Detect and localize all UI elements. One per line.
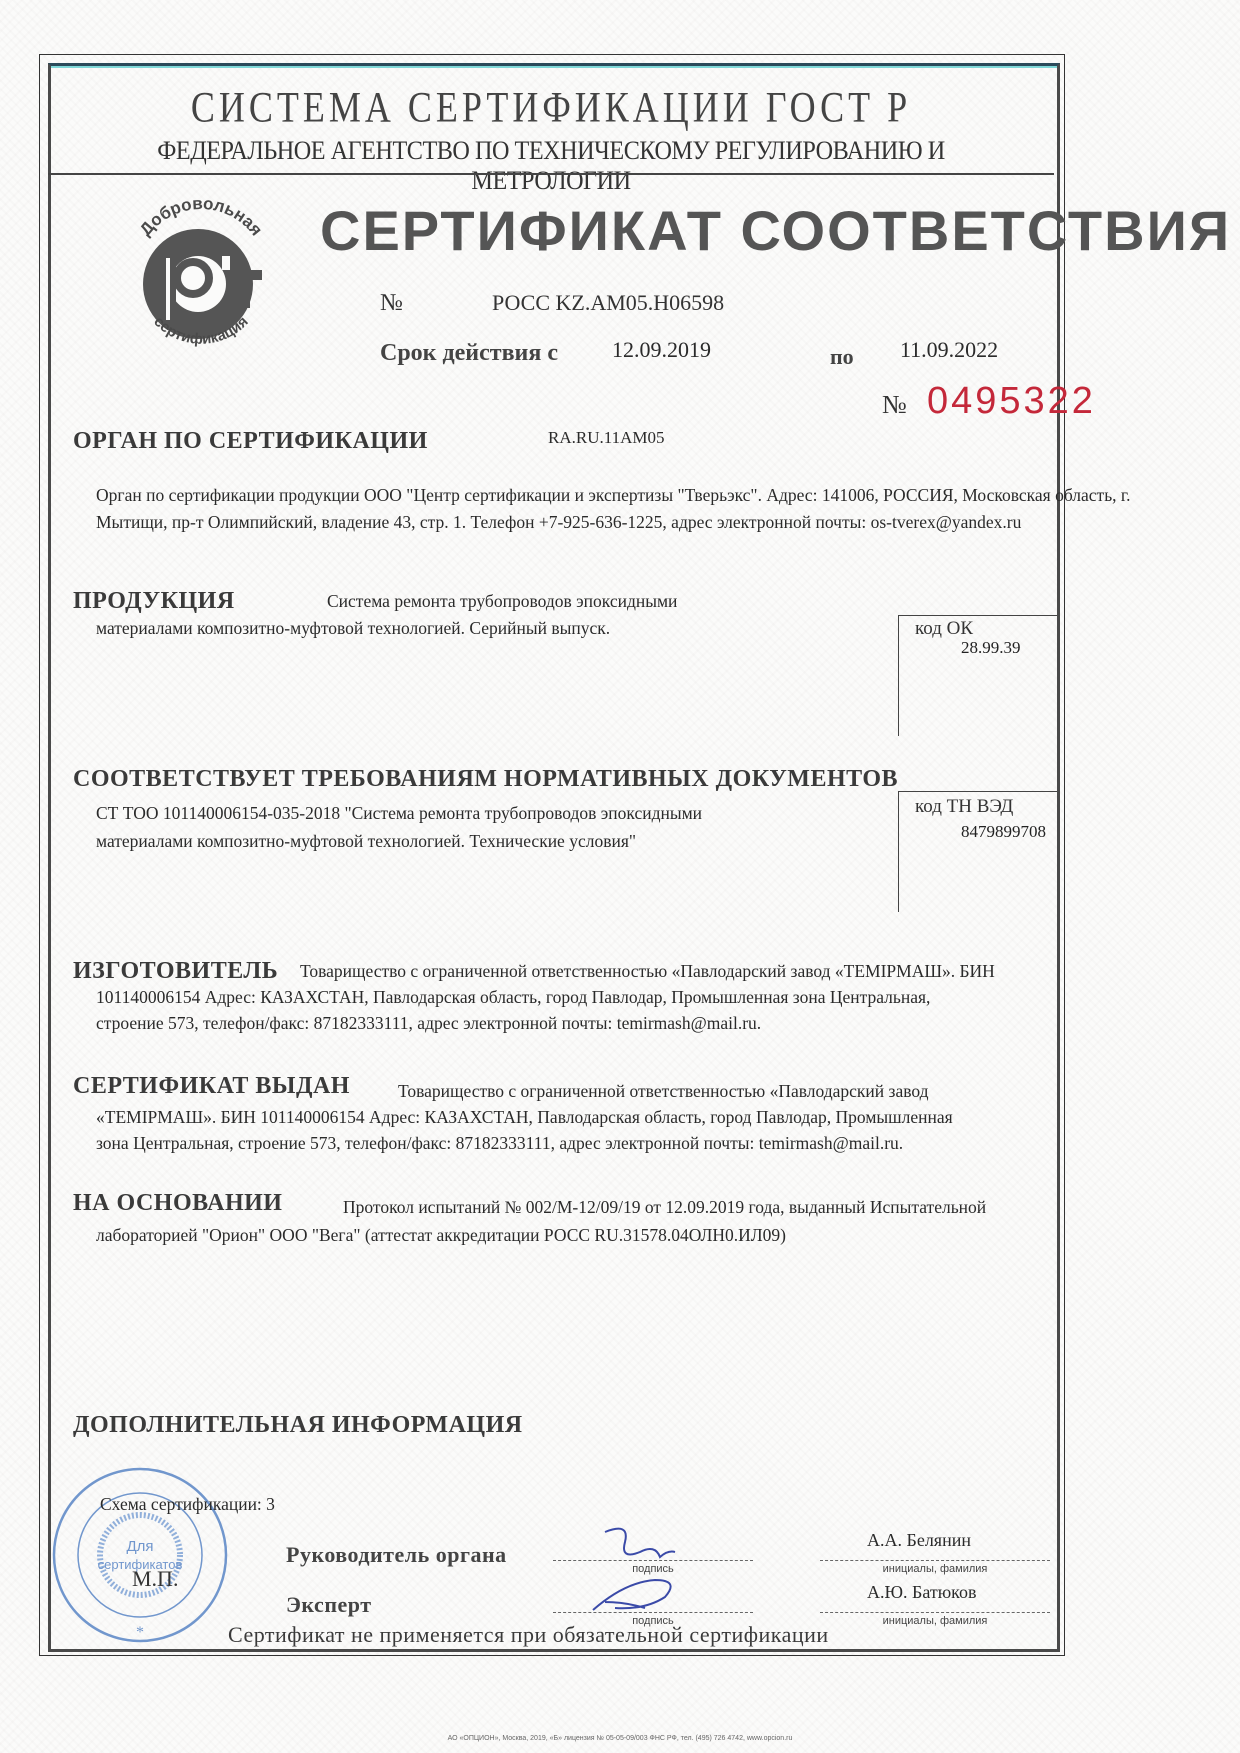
rst-logo-icon: Добровольная сертификация — [126, 196, 276, 356]
tnved-code-label: код ТН ВЭД — [915, 796, 1013, 818]
serial-number: 0495322 — [927, 380, 1096, 423]
manufacturer-heading: ИЗГОТОВИТЕЛЬ — [73, 958, 278, 985]
valid-to-label: по — [830, 344, 854, 370]
product-line-1: Система ремонта трубопроводов эпоксидным… — [327, 588, 677, 615]
basis-heading: НА ОСНОВАНИИ — [73, 1190, 282, 1217]
okp-code-box: код ОК 28.99.39 — [898, 615, 1057, 736]
number-label: № — [380, 290, 403, 317]
stamp-place-label: М.П. — [132, 1566, 178, 1592]
printer-info: АО «ОПЦИОН», Москва, 2019, «Б» лицензия … — [0, 1735, 1240, 1742]
svg-text:*: * — [136, 1624, 144, 1641]
basis-line-2: лабораторией "Орион" ООО "Вега" (аттеста… — [96, 1222, 786, 1249]
certification-body-heading: ОРГАН ПО СЕРТИФИКАЦИИ — [73, 428, 428, 455]
head-name-caption: инициалы, фамилия — [820, 1563, 1050, 1575]
system-title: СИСТЕМА СЕРТИФИКАЦИИ ГОСТ Р — [0, 82, 1102, 132]
basis-line-1: Протокол испытаний № 002/М-12/09/19 от 1… — [343, 1194, 986, 1221]
issued-to-line-3: зона Центральная, строение 573, телефон/… — [96, 1130, 903, 1157]
product-heading: ПРОДУКЦИЯ — [73, 588, 235, 615]
head-name-line — [820, 1560, 1050, 1561]
additional-info-heading: ДОПОЛНИТЕЛЬНАЯ ИНФОРМАЦИЯ — [73, 1412, 523, 1439]
certificate-number: РОСС KZ.АМ05.Н06598 — [492, 290, 724, 316]
issued-to-line-1: Товарищество с ограниченной ответственно… — [398, 1078, 929, 1105]
expert-name-caption: инициалы, фамилия — [820, 1615, 1050, 1627]
head-signature-icon — [600, 1522, 680, 1569]
certification-body-code: RA.RU.11АМ05 — [548, 428, 665, 448]
head-name: А.А. Белянин — [867, 1530, 971, 1551]
expert-name-line — [820, 1612, 1050, 1613]
serial-label: № — [882, 390, 907, 420]
issued-to-heading: СЕРТИФИКАТ ВЫДАН — [73, 1073, 350, 1100]
head-of-body-label: Руководитель органа — [286, 1542, 507, 1568]
manufacturer-line-1: Товарищество с ограниченной ответственно… — [300, 958, 995, 985]
expert-signature-icon — [585, 1572, 685, 1621]
expert-name: А.Ю. Батюков — [867, 1582, 977, 1603]
okp-code-label: код ОК — [915, 618, 973, 640]
validity-label: Срок действия с — [380, 340, 558, 367]
tnved-code-box: код ТН ВЭД 8479899708 — [898, 791, 1057, 912]
okp-code-value: 28.99.39 — [961, 638, 1021, 658]
valid-to-date: 11.09.2022 — [900, 337, 998, 363]
product-line-2: материалами композитно-муфтовой технолог… — [96, 615, 610, 642]
issued-to-line-2: «ТЕМIРМАШ». БИН 101140006154 Адрес: КАЗА… — [96, 1104, 953, 1131]
certificate-title: СЕРТИФИКАТ СООТВЕТСТВИЯ — [320, 198, 1231, 263]
disclaimer: Сертификат не применяется при обязательн… — [228, 1622, 829, 1648]
certification-scheme: Схема сертификации: 3 — [100, 1491, 275, 1518]
compliance-line-1: СТ ТОО 101140006154-035-2018 "Система ре… — [96, 800, 702, 827]
agency-name: ФЕДЕРАЛЬНОЕ АГЕНТСТВО ПО ТЕХНИЧЕСКОМУ РЕ… — [83, 136, 1019, 196]
expert-label: Эксперт — [286, 1592, 372, 1618]
header-divider — [48, 173, 1054, 175]
certification-body-text: Орган по сертификации продукции ООО "Цен… — [96, 482, 1136, 536]
manufacturer-line-3: строение 573, телефон/факс: 87182333111,… — [96, 1010, 761, 1037]
compliance-line-2: материалами композитно-муфтовой технолог… — [96, 828, 636, 855]
svg-text:Для: Для — [126, 1538, 153, 1555]
tnved-code-value: 8479899708 — [961, 822, 1046, 842]
compliance-heading: СООТВЕТСТВУЕТ ТРЕБОВАНИЯМ НОРМАТИВНЫХ ДО… — [73, 766, 898, 793]
valid-from-date: 12.09.2019 — [612, 337, 711, 363]
manufacturer-line-2: 101140006154 Адрес: КАЗАХСТАН, Павлодарс… — [96, 984, 930, 1011]
